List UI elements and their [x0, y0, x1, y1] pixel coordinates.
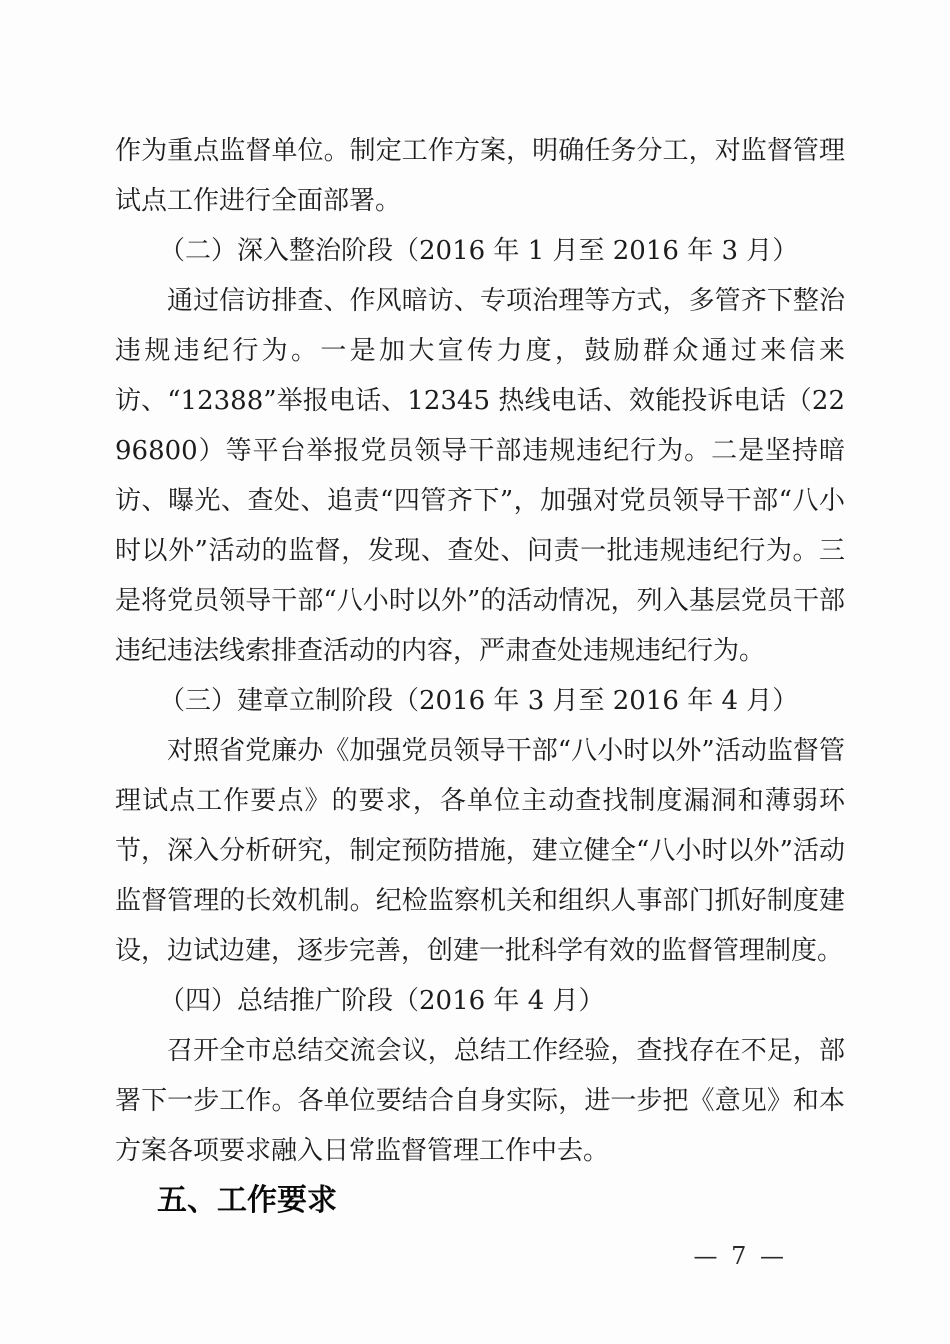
document-content: 作为重点监督单位。制定工作方案，明确任务分工，对监督管理试点工作进行全面部署。 … [115, 126, 845, 1226]
document-page: 作为重点监督单位。制定工作方案，明确任务分工，对监督管理试点工作进行全面部署。 … [0, 0, 950, 1344]
continued-paragraph: 作为重点监督单位。制定工作方案，明确任务分工，对监督管理试点工作进行全面部署。 [115, 126, 845, 226]
section-body-phase-2: 通过信访排查、作风暗访、专项治理等方式，多管齐下整治违规违纪行为。一是加大宣传力… [115, 276, 845, 676]
section-heading-phase-4: （四）总结推广阶段（2016 年 4 月） [115, 976, 845, 1026]
section-heading-phase-2: （二）深入整治阶段（2016 年 1 月至 2016 年 3 月） [115, 226, 845, 276]
page-number: — 7 — [693, 1242, 787, 1270]
section-heading-work-requirements: 五、工作要求 [115, 1176, 845, 1226]
section-body-phase-4: 召开全市总结交流会议，总结工作经验，查找存在不足，部署下一步工作。各单位要结合自… [115, 1026, 845, 1176]
section-body-phase-3: 对照省党廉办《加强党员领导干部“八小时以外”活动监督管理试点工作要点》的要求，各… [115, 726, 845, 976]
section-heading-phase-3: （三）建章立制阶段（2016 年 3 月至 2016 年 4 月） [115, 676, 845, 726]
